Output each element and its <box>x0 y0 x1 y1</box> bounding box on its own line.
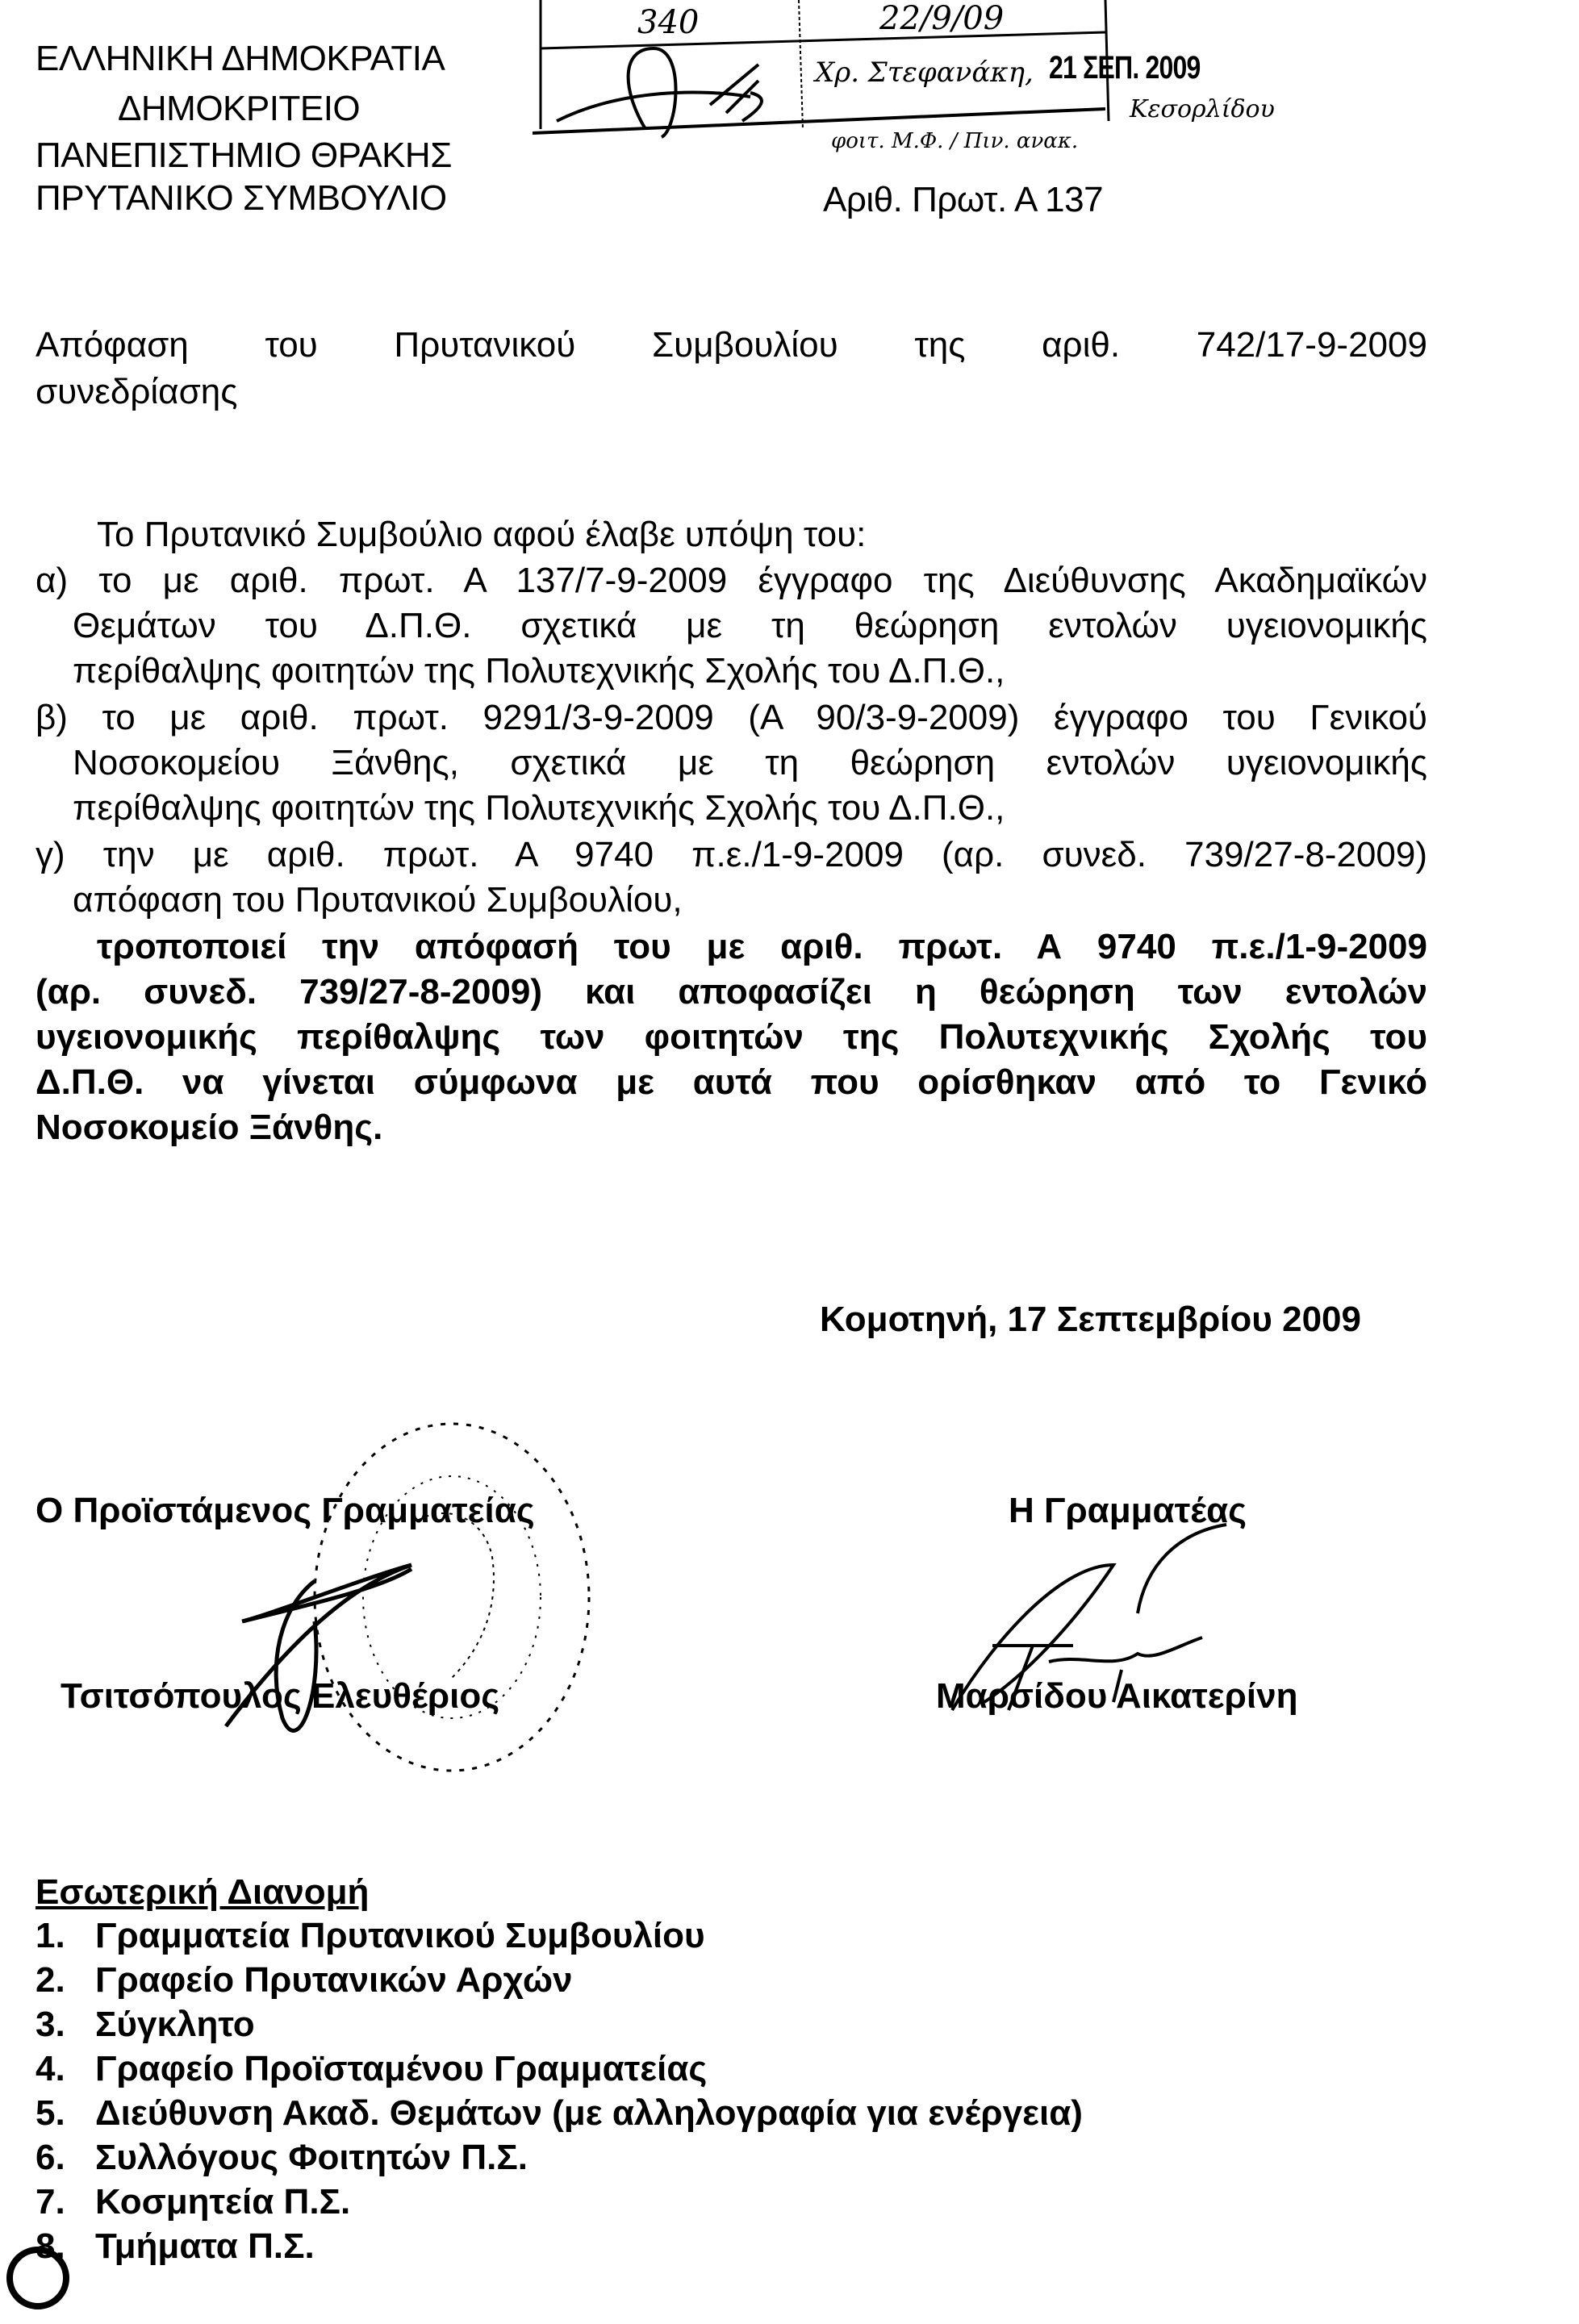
item-b-line3: περίθαλψης φοιτητών της Πολυτεχνικής Σχο… <box>73 786 1005 831</box>
left-signatory-name: Τσιτσόπουλος Ελευθέριος <box>61 1674 499 1719</box>
distribution-list: 1.Γραμματεία Πρυτανικού Συμβουλίου 2.Γρα… <box>36 1913 1083 2268</box>
decision-title: Απόφαση του Πρυτανικού Συμβουλίου της αρ… <box>36 323 1427 368</box>
decision-line5: Νοσοκομείο Ξάνθης. <box>36 1105 382 1150</box>
handwritten-note-1: Κεσορλίδου <box>1130 95 1275 123</box>
title-word: 742/17-9-2009 <box>1197 323 1427 368</box>
title-word: αριθ. <box>1042 323 1120 368</box>
header-university-2: ΠΑΝΕΠΙΣΤΗΜΙΟ ΘΡΑΚΗΣ <box>36 133 452 178</box>
list-item: 4.Γραφείο Προϊσταμένου Γραμματείας <box>36 2047 1083 2091</box>
intro-text: Το Πρυτανικό Συμβούλιο αφού έλαβε υπόψη … <box>97 512 866 557</box>
item-a-line3: περίθαλψης φοιτητών της Πολυτεχνικής Σχο… <box>73 649 1005 694</box>
place-date: Κομοτηνή, 17 Σεπτεμβρίου 2009 <box>820 1297 1361 1342</box>
title-word: της <box>914 323 965 368</box>
left-signatory-title: Ο Προϊστάμενος Γραμματείας <box>36 1488 535 1533</box>
header-country: ΕΛΛΗΝΙΚΗ ΔΗΜΟΚΡΑΤΙΑ <box>36 36 445 81</box>
item-b-line2: Νοσοκομείου Ξάνθης, σχετικά με τη θεώρησ… <box>73 741 1427 786</box>
received-date-stamp: 21 ΣΕΠ. 2009 <box>1049 50 1201 86</box>
item-c-line2: απόφαση του Πρυτανικού Συμβουλίου, <box>73 878 683 923</box>
item-b-line1: β) το με αριθ. πρωτ. 9291/3-9-2009 (Α 90… <box>36 695 1427 741</box>
list-item: 7.Κοσμητεία Π.Σ. <box>36 2180 1083 2224</box>
stamp-number: 340 <box>637 4 699 41</box>
decision-line2: (αρ. συνεδ. 739/27-8-2009) και αποφασίζε… <box>36 970 1427 1015</box>
left-signature-icon <box>194 1533 500 1775</box>
registry-stamp: 340 22/9/09 Χρ. Στεφανάκη, <box>524 0 1122 149</box>
list-item: 3.Σύγκλητο <box>36 2002 1083 2047</box>
decision-title-line2: συνεδρίασης <box>36 369 237 415</box>
decision-line1: τροποποιεί την απόφασή του με αριθ. πρωτ… <box>97 924 1427 970</box>
list-item: 2.Γραφείο Πρυτανικών Αρχών <box>36 1958 1083 2002</box>
list-item: 8.Τμήματα Π.Σ. <box>36 2224 1083 2268</box>
stamp-date: 22/9/09 <box>879 0 1004 37</box>
title-word: Πρυτανικού <box>394 323 575 368</box>
item-a-line2: Θεμάτων του Δ.Π.Θ. σχετικά με τη θεώρηση… <box>73 603 1427 649</box>
circled-item-marker-icon <box>6 2247 69 2309</box>
title-word: Απόφαση <box>36 323 189 368</box>
item-c-line1: γ) την με αριθ. πρωτ. Α 9740 π.ε./1-9-20… <box>36 832 1427 878</box>
header-council: ΠΡΥΤΑΝΙΚΟ ΣΥΜΒΟΥΛΙΟ <box>36 176 447 221</box>
handwritten-note-2: φοιτ. Μ.Φ. / Πιν. ανακ. <box>831 129 1078 153</box>
header-university-1: ΔΗΜΟΚΡΙΤΕΙΟ <box>118 86 360 131</box>
decision-line4: Δ.Π.Θ. να γίνεται σύμφωνα με αυτά που ορ… <box>36 1060 1427 1105</box>
item-a-line1: α) το με αριθ. πρωτ. Α 137/7-9-2009 έγγρ… <box>36 558 1427 603</box>
list-item: 6.Συλλόγους Φοιτητών Π.Σ. <box>36 2135 1083 2180</box>
right-signatory-name: Μαρσίδου Αικατερίνη <box>936 1674 1297 1719</box>
distribution-heading: Εσωτερική Διανομή <box>36 1870 369 1915</box>
title-word: Συμβουλίου <box>652 323 838 368</box>
list-item: 5.Διεύθυνση Ακαδ. Θεμάτων (με αλληλογραφ… <box>36 2091 1083 2135</box>
title-word: του <box>265 323 317 368</box>
protocol-number: Αριθ. Πρωτ. Α 137 <box>823 177 1103 223</box>
right-signature-icon <box>936 1517 1388 1759</box>
decision-line3: υγειονομικής περίθαλψης των φοιτητών της… <box>36 1015 1427 1060</box>
list-item: 1.Γραμματεία Πρυτανικού Συμβουλίου <box>36 1913 1083 1958</box>
stamp-handwritten-name: Χρ. Στεφανάκη, <box>815 56 1034 89</box>
